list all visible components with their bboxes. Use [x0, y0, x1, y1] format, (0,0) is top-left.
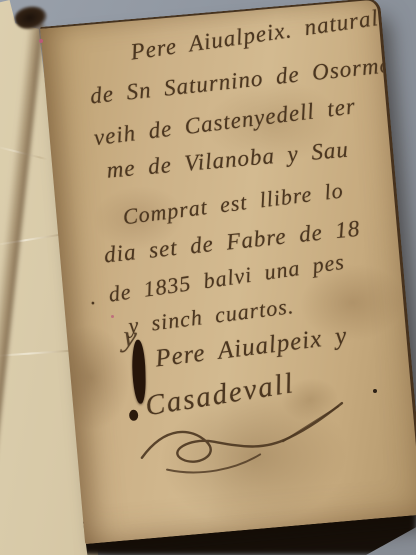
- photo-antique-book: { "scene": { "description": "Photograph …: [0, 0, 416, 555]
- manuscript-page: Pere Aiualpeix. natural de Sn Saturnino …: [40, 0, 416, 544]
- dark-fleck: [373, 389, 377, 393]
- pink-speck: [39, 39, 43, 43]
- pink-speck: [111, 315, 114, 318]
- ink-blot: [132, 340, 146, 404]
